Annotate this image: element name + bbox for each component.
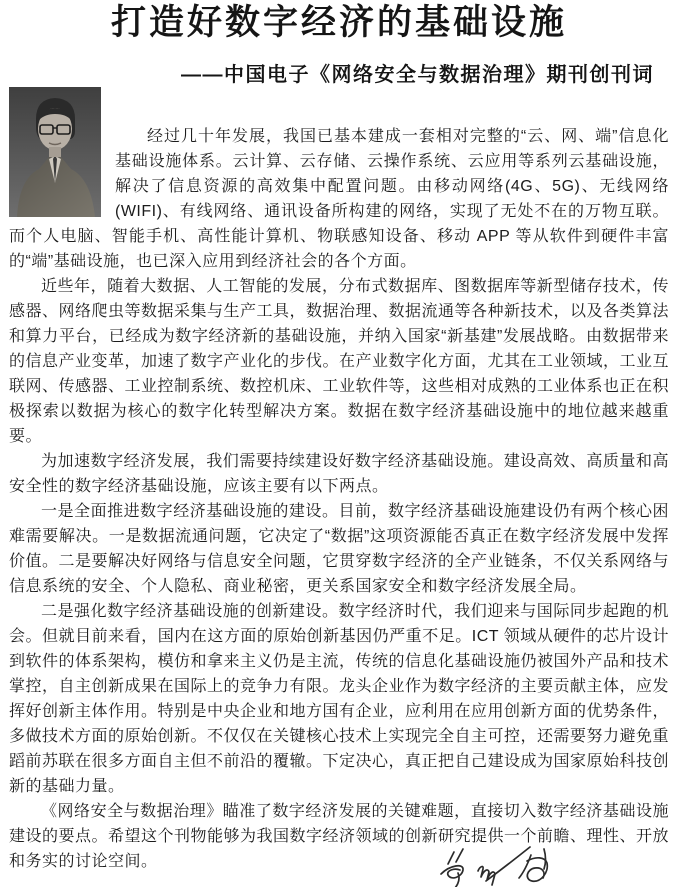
- paragraph: 为加速数字经济发展，我们需要持续建设好数字经济基础设施。建设高效、高质量和高安全…: [9, 449, 669, 499]
- paragraph: 近些年，随着大数据、人工智能的发展，分布式数据库、图数据库等新型储存技术，传感器…: [9, 274, 669, 449]
- author-portrait-photo: [9, 87, 101, 217]
- paragraph: 一是全面推进数字经济基础设施的建设。目前，数字经济基础设施建设仍有两个核心困难需…: [9, 499, 669, 599]
- paragraph: 二是强化数字经济基础设施的创新建设。数字经济时代，我们迎来与国际同步起跑的机会。…: [9, 599, 669, 799]
- document-page: 打造好数字经济的基础设施 ——中国电子《网络安全与数据治理》期刊创刊词: [0, 0, 678, 887]
- handwritten-signature: [428, 843, 578, 887]
- paragraph: 经过几十年发展，我国已基本建成一套相对完整的“云、网、端”信息化基础设施体系。云…: [9, 124, 669, 274]
- signature-strokes: [428, 843, 578, 887]
- article-title: 打造好数字经济的基础设施: [0, 1, 678, 45]
- article-body: 经过几十年发展，我国已基本建成一套相对完整的“云、网、端”信息化基础设施体系。云…: [0, 124, 678, 874]
- portrait-image: [9, 87, 101, 217]
- article-subtitle: ——中国电子《网络安全与数据治理》期刊创刊词: [0, 58, 678, 87]
